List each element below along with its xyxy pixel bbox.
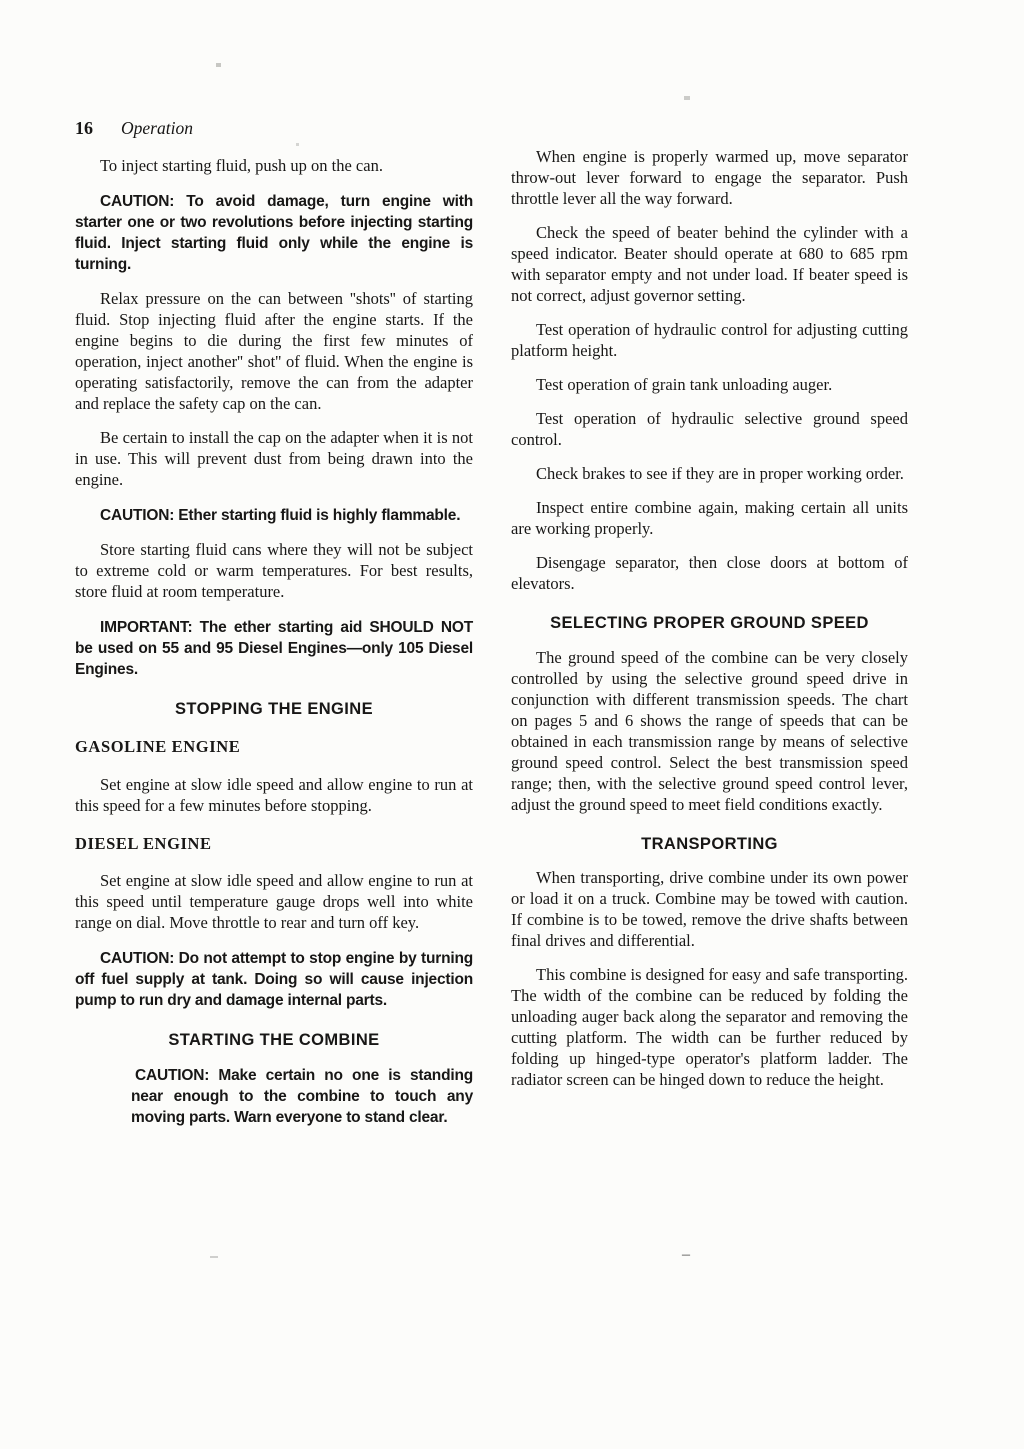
manual-page: 16Operation To inject starting fluid, pu… <box>0 0 1024 1449</box>
paragraph-check-brakes: Check brakes to see if they are in prope… <box>511 463 908 484</box>
paragraph-inspect-combine: Inspect entire combine again, making cer… <box>511 497 908 539</box>
scan-speck <box>210 1256 218 1258</box>
scan-speck <box>684 96 690 100</box>
caution-ether-flammable: CAUTION: Ether starting fluid is highly … <box>75 505 473 526</box>
page-header: 16Operation <box>75 118 473 139</box>
running-title: Operation <box>121 118 193 138</box>
heading-selecting-ground-speed: SELECTING PROPER GROUND SPEED <box>511 614 908 633</box>
hang-indent-spacer <box>75 1065 131 1128</box>
important-ether-engines: IMPORTANT: The ether starting aid SHOULD… <box>75 617 473 680</box>
left-column: 16Operation To inject starting fluid, pu… <box>75 118 473 1128</box>
heading-starting-the-combine: STARTING THE COMBINE <box>75 1031 473 1050</box>
paragraph-relax-pressure: Relax pressure on the can between ''shot… <box>75 288 473 414</box>
heading-transporting: TRANSPORTING <box>511 835 908 854</box>
caution-avoid-damage: CAUTION: To avoid damage, turn engine wi… <box>75 191 473 275</box>
paragraph-inject-fluid: To inject starting fluid, push up on the… <box>75 155 473 176</box>
paragraph-disengage-separator: Disengage separator, then close doors at… <box>511 552 908 594</box>
paragraph-reduce-width: This combine is designed for easy and sa… <box>511 964 908 1090</box>
subheading-diesel-engine: DIESEL ENGINE <box>75 834 473 854</box>
scan-speck <box>296 143 299 146</box>
caution-stand-clear-text: CAUTION: Make certain no one is standing… <box>131 1067 473 1126</box>
paragraph-transporting: When transporting, drive combine under i… <box>511 867 908 951</box>
paragraph-warmed-up: When engine is properly warmed up, move … <box>511 146 908 209</box>
paragraph-diesel-stop: Set engine at slow idle speed and allow … <box>75 870 473 933</box>
paragraph-test-hydraulic-platform: Test operation of hydraulic control for … <box>511 319 908 361</box>
caution-fuel-supply: CAUTION: Do not attempt to stop engine b… <box>75 948 473 1011</box>
paragraph-beater-speed: Check the speed of beater behind the cyl… <box>511 222 908 306</box>
paragraph-store-fluid: Store starting fluid cans where they wil… <box>75 539 473 602</box>
scan-speck <box>216 63 221 67</box>
page-number: 16 <box>75 118 93 138</box>
paragraph-gasoline-stop: Set engine at slow idle speed and allow … <box>75 774 473 816</box>
right-column: When engine is properly warmed up, move … <box>511 146 908 1090</box>
caution-stand-clear: CAUTION: Make certain no one is standing… <box>75 1065 473 1128</box>
paragraph-test-unloading-auger: Test operation of grain tank unloading a… <box>511 374 908 395</box>
paragraph-install-cap: Be certain to install the cap on the ada… <box>75 427 473 490</box>
paragraph-ground-speed: The ground speed of the combine can be v… <box>511 647 908 815</box>
heading-stopping-the-engine: STOPPING THE ENGINE <box>75 700 473 719</box>
subheading-gasoline-engine: GASOLINE ENGINE <box>75 737 473 757</box>
paragraph-test-ground-speed-control: Test operation of hydraulic selective gr… <box>511 408 908 450</box>
scan-footer-mark: – <box>682 1246 690 1264</box>
